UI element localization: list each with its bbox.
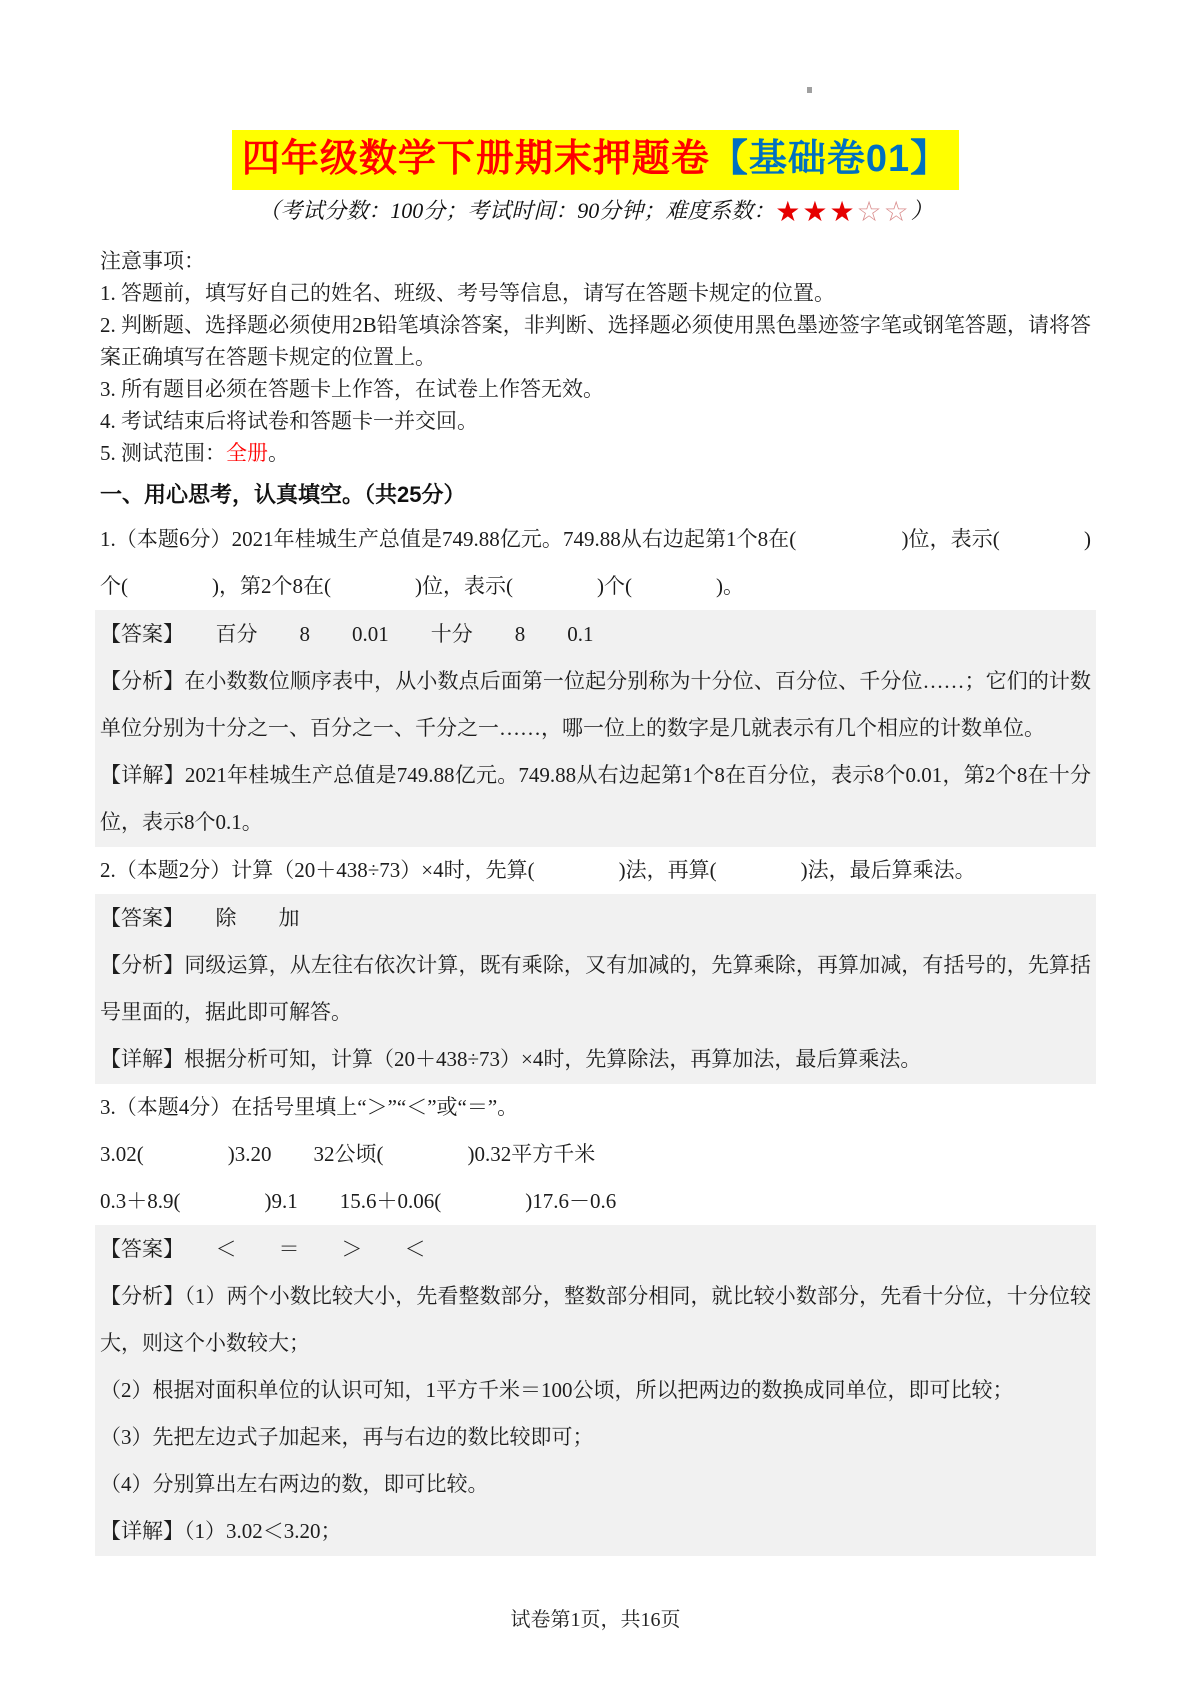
question-3-equation-line-1: 3.02( )3.20 32公顷( )0.32平方千米	[100, 1131, 1091, 1178]
question-2-text: 2.（本题2分）计算（20＋438÷73）×4时，先算( )法，再算( )法，最…	[100, 847, 1091, 894]
question-1-text: 1.（本题6分）2021年桂城生产总值是749.88亿元。749.88从右边起第…	[100, 516, 1091, 610]
note-item-4: 4. 考试结束后将试卷和答题卡一并交回。	[100, 405, 1091, 437]
note-item-5-prefix: 5. 测试范围：	[100, 441, 226, 465]
question-2-detail: 【详解】根据分析可知，计算（20＋438÷73）×4时，先算除法，再算加法，最后…	[100, 1036, 1091, 1083]
test-range-highlight: 全册	[226, 441, 268, 465]
difficulty-stars-filled-icon: ★★★	[775, 195, 856, 228]
question-3-analysis-2: （2）根据对面积单位的认识可知，1平方千米＝100公顷，所以把两边的数换成同单位…	[100, 1367, 1091, 1414]
exam-title-main: 四年级数学下册期末押题卷	[242, 138, 710, 180]
exam-title: 四年级数学下册期末押题卷【基础卷01】	[232, 130, 959, 190]
question-3-analysis-1: 【分析】（1）两个小数比较大小，先看整数部分，整数部分相同，就比较小数部分，先看…	[100, 1273, 1091, 1367]
exam-page: 四年级数学下册期末押题卷【基础卷01】 （考试分数：100分；考试时间：90分钟…	[0, 0, 1191, 1684]
note-item-5: 5. 测试范围：全册。	[100, 437, 1091, 469]
page-footer: 试卷第1页，共16页	[0, 1603, 1191, 1632]
question-2-answer: 【答案】 除 加	[100, 895, 1091, 942]
question-3-text: 3.（本题4分）在括号里填上“＞”“＜”或“＝”。	[100, 1084, 1091, 1131]
note-item-3: 3. 所有题目必须在答题卡上作答，在试卷上作答无效。	[100, 373, 1091, 405]
note-item-1: 1. 答题前，填写好自己的姓名、班级、考号等信息，请写在答题卡规定的位置。	[100, 277, 1091, 309]
question-1-answer: 【答案】 百分 8 0.01 十分 8 0.1	[100, 611, 1091, 658]
question-2: 2.（本题2分）计算（20＋438÷73）×4时，先算( )法，再算( )法，最…	[100, 847, 1091, 1084]
question-3-analysis-3: （3）先把左边式子加起来，再与右边的数比较即可；	[100, 1414, 1091, 1461]
question-3-answer: 【答案】 ＜ ＝ ＞ ＜	[100, 1226, 1091, 1273]
difficulty-stars-outline-icon: ☆☆	[857, 195, 911, 228]
subtitle-suffix: ）	[911, 198, 933, 223]
note-item-5-suffix: 。	[268, 441, 289, 465]
note-item-2: 2. 判断题、选择题必须使用2B铅笔填涂答案，非判断、选择题必须使用黑色墨迹签字…	[100, 309, 1091, 373]
question-2-analysis: 【分析】同级运算，从左往右依次计算，既有乘除，又有加减的，先算乘除，再算加减，有…	[100, 942, 1091, 1036]
question-1-solution-block: 【答案】 百分 8 0.01 十分 8 0.1 【分析】在小数数位顺序表中，从小…	[95, 610, 1096, 847]
question-1-analysis: 【分析】在小数数位顺序表中，从小数点后面第一位起分别称为十分位、百分位、千分位……	[100, 658, 1091, 752]
stray-mark	[807, 87, 812, 93]
header: 四年级数学下册期末押题卷【基础卷01】 （考试分数：100分；考试时间：90分钟…	[0, 0, 1191, 228]
notes-section: 注意事项： 1. 答题前，填写好自己的姓名、班级、考号等信息，请写在答题卡规定的…	[100, 245, 1091, 469]
notes-heading: 注意事项：	[100, 245, 1091, 277]
section-heading: 一、用心思考，认真填空。（共25分）	[100, 474, 1091, 516]
subtitle-prefix: （考试分数：100分；考试时间：90分钟；难度系数：	[258, 198, 775, 223]
exam-title-bracket: 【基础卷01】	[710, 138, 949, 180]
question-3-equation-line-2: 0.3＋8.9( )9.1 15.6＋0.06( )17.6－0.6	[100, 1178, 1091, 1225]
question-2-solution-block: 【答案】 除 加 【分析】同级运算，从左往右依次计算，既有乘除，又有加减的，先算…	[95, 894, 1096, 1084]
exam-subtitle: （考试分数：100分；考试时间：90分钟；难度系数：★★★☆☆）	[0, 195, 1191, 228]
question-3-analysis-4: （4）分别算出左右两边的数，即可比较。	[100, 1461, 1091, 1508]
question-3: 3.（本题4分）在括号里填上“＞”“＜”或“＝”。 3.02( )3.20 32…	[100, 1084, 1091, 1556]
question-1: 1.（本题6分）2021年桂城生产总值是749.88亿元。749.88从右边起第…	[100, 516, 1091, 847]
content: 注意事项： 1. 答题前，填写好自己的姓名、班级、考号等信息，请写在答题卡规定的…	[100, 245, 1091, 1556]
question-1-detail: 【详解】2021年桂城生产总值是749.88亿元。749.88从右边起第1个8在…	[100, 752, 1091, 846]
question-3-detail: 【详解】（1）3.02＜3.20；	[100, 1508, 1091, 1555]
question-3-solution-block: 【答案】 ＜ ＝ ＞ ＜ 【分析】（1）两个小数比较大小，先看整数部分，整数部分…	[95, 1225, 1096, 1556]
